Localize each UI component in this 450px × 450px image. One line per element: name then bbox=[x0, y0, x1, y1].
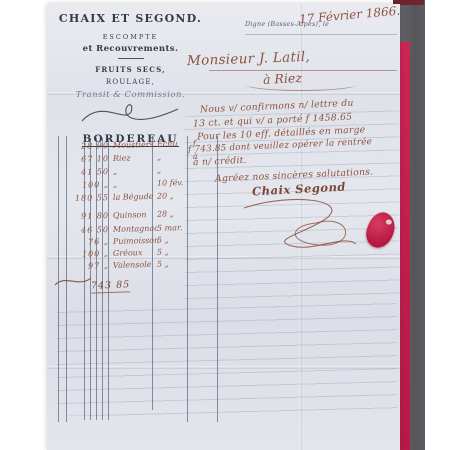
row-extra: f bbox=[193, 138, 207, 147]
row-due: 5 „ bbox=[157, 259, 191, 269]
row-amount: 97 „ bbox=[69, 261, 109, 271]
row-place: „ bbox=[113, 166, 155, 176]
row-due: 20 „ bbox=[157, 191, 191, 201]
row-place: Valensole bbox=[113, 260, 155, 270]
row-amount: 100 „ bbox=[69, 180, 109, 190]
letterhead-service-1: ESCOMPTE bbox=[53, 33, 208, 41]
row-amount: 46 50 bbox=[69, 225, 109, 235]
row-place: Montagnac bbox=[113, 224, 155, 234]
row-place: la Bégude bbox=[113, 192, 155, 202]
letterhead-service-3: FRUITS SECS, bbox=[53, 65, 208, 74]
row-amount: 41 50 bbox=[69, 167, 109, 177]
scanned-letter-photo: { "letterhead": { "brand": "CHAIX ET SEG… bbox=[0, 0, 450, 450]
row-due: 10 fév. bbox=[157, 178, 191, 188]
letter-sheet: CHAIX ET SEGOND. ESCOMPTE et Recouvremen… bbox=[47, 4, 400, 450]
dateline-underline bbox=[245, 34, 397, 35]
table-total: 743 85 bbox=[91, 279, 131, 293]
row-amount: 28 90 bbox=[69, 141, 109, 151]
row-place: Quinson bbox=[113, 210, 155, 220]
total-brace-flourish bbox=[53, 272, 93, 288]
row-place: Puimoisson bbox=[113, 236, 155, 246]
row-due: „ bbox=[157, 152, 191, 162]
flourish-curve bbox=[76, 101, 186, 127]
row-extra: à bbox=[193, 151, 207, 160]
row-due: „ bbox=[157, 165, 191, 175]
row-due: Echu bbox=[157, 139, 191, 149]
signature-flourish bbox=[232, 196, 367, 251]
row-due: 5 „ bbox=[157, 247, 191, 257]
wax-seal-highlight bbox=[385, 219, 392, 225]
row-amount: 100 „ bbox=[69, 249, 109, 259]
letterhead-handwritten-service: Transit & Commission. bbox=[53, 90, 208, 100]
row-place: „ bbox=[113, 179, 155, 189]
row-place: Gréoux bbox=[113, 248, 155, 258]
letterhead-divider bbox=[118, 58, 144, 59]
row-due: 5 „ bbox=[157, 235, 191, 245]
row-due: 5 mar. bbox=[157, 223, 191, 233]
row-place: Riez bbox=[113, 153, 155, 163]
letterhead-service-4: ROULAGE, bbox=[53, 78, 208, 86]
row-amount: 67 10 bbox=[69, 154, 109, 164]
row-due: 28 „ bbox=[157, 209, 191, 219]
recipient-name: Monsieur J. Latil, bbox=[187, 49, 311, 69]
row-place: Moustiers bbox=[113, 140, 155, 150]
recipient-underline bbox=[209, 70, 397, 71]
row-amount: 76 „ bbox=[69, 237, 109, 247]
letterhead-service-2: et Recouvrements. bbox=[53, 44, 208, 54]
handwritten-date: 17 Février 1866. bbox=[299, 4, 401, 27]
company-name: CHAIX ET SEGOND. bbox=[53, 12, 208, 25]
recipient-flourish-underline bbox=[245, 78, 357, 91]
row-amount: 91 80 bbox=[69, 211, 109, 221]
row-amount: 180 55 bbox=[69, 193, 109, 203]
letterhead: CHAIX ET SEGOND. ESCOMPTE et Recouvremen… bbox=[53, 10, 208, 147]
